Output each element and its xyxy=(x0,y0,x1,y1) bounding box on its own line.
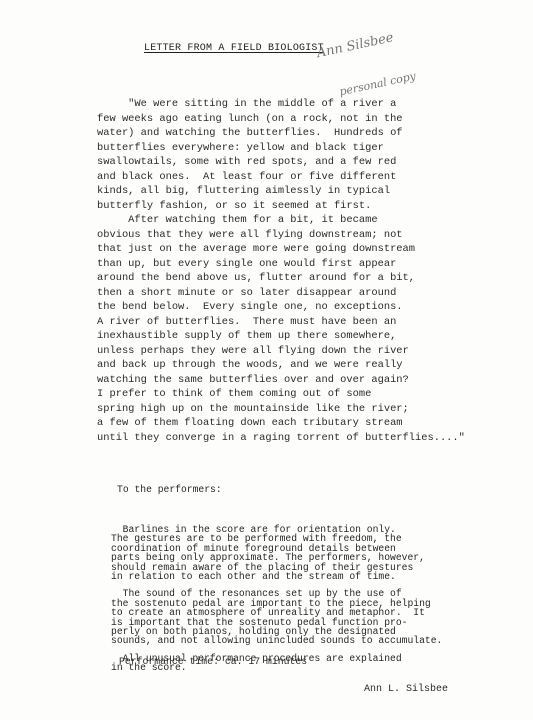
letter-line: until they converge in a raging torrent … xyxy=(97,431,465,446)
letter-line: and black ones. At least four or five di… xyxy=(97,170,465,185)
notes-heading: To the performers: xyxy=(117,485,442,494)
performer-notes: To the performers: Barlines in the score… xyxy=(111,466,442,544)
notes-line: in relation to each other and the stream… xyxy=(111,572,442,581)
letter-line: obvious that they were all flying downst… xyxy=(97,228,465,243)
letter-line: After watching them for a bit, it became xyxy=(97,213,465,228)
notes-body: Barlines in the score are for orientatio… xyxy=(111,525,442,534)
letter-line: a few of them floating down each tributa… xyxy=(97,416,465,431)
letter-line: water) and watching the butterflies. Hun… xyxy=(97,126,465,141)
letter-line: swallowtails, some with red spots, and a… xyxy=(97,155,465,170)
letter-line: butterfly fashion, or so it seemed at fi… xyxy=(97,199,465,214)
letter-line: inexhaustible supply of them up there so… xyxy=(97,329,465,344)
letter-line: kinds, all big, fluttering aimlessly in … xyxy=(97,184,465,199)
handwritten-annotation: Ann Silsbee personal copy xyxy=(310,0,430,79)
handwritten-name: Ann Silsbee xyxy=(316,25,427,62)
letter-line: that just on the average more were going… xyxy=(97,242,465,257)
letter-line: I prefer to think of them coming out of … xyxy=(97,387,465,402)
letter-line: butterflies everywhere: yellow and black… xyxy=(97,141,465,156)
performance-time: Performance time: ca. 17 minutes xyxy=(119,656,307,667)
letter-line: than up, but every single one would firs… xyxy=(97,257,465,272)
letter-line: and back up through the woods, and we we… xyxy=(97,358,465,373)
document-title: LETTER FROM A FIELD BIOLOGIST xyxy=(144,43,324,54)
letter-quote: "We were sitting in the middle of a rive… xyxy=(97,97,465,445)
letter-line: spring high up on the mountainside like … xyxy=(97,402,465,417)
letter-line: watching the same butterflies over and o… xyxy=(97,373,465,388)
letter-line: unless perhaps they were all flying down… xyxy=(97,344,465,359)
signature: Ann L. Silsbee xyxy=(364,684,448,695)
letter-line: few weeks ago eating lunch (on a rock, n… xyxy=(97,112,465,127)
handwritten-note: personal copy xyxy=(338,66,435,100)
letter-line: A river of butterflies. There must have … xyxy=(97,315,465,330)
letter-line: "We were sitting in the middle of a rive… xyxy=(97,97,465,112)
letter-line: around the bend above us, flutter around… xyxy=(97,271,465,286)
letter-line: then a short minute or so later disappea… xyxy=(97,286,465,301)
notes-line: sounds, and not allowing unincluded soun… xyxy=(111,636,442,645)
letter-line: the bend below. Every single one, no exc… xyxy=(97,300,465,315)
